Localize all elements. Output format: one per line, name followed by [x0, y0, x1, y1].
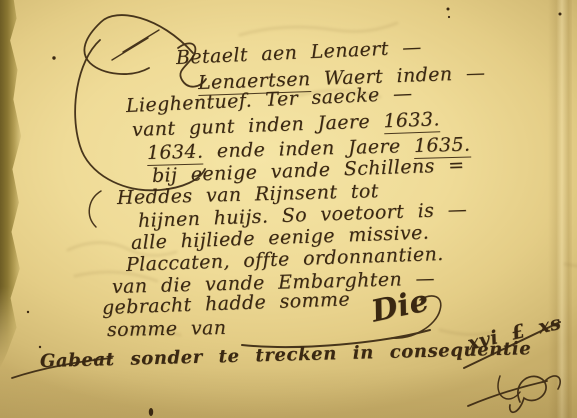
signature-paraph: [468, 381, 547, 406]
bracket-curl: [89, 191, 101, 227]
torn-paper-edge: [0, 0, 23, 368]
year-underlined: 1634.: [147, 141, 204, 166]
margin-note-text: Gabeat sonder te trecken in consequentie: [40, 338, 532, 372]
line-text: Betaelt aen Lenaert —: [176, 36, 423, 69]
margin-note: Gabeat sonder te trecken in consequentie: [40, 339, 532, 372]
manuscript-line: somme van: [107, 318, 227, 341]
line-text: somme van: [107, 317, 227, 341]
manuscript-page-photo: Betaelt aen Lenaert — Lenaertsen Waert i…: [0, 0, 577, 418]
year-underlined: 1633.: [383, 108, 440, 134]
signature-paraph-loop: [510, 376, 546, 412]
signature-paraph-tail: [544, 376, 560, 389]
paper-fold-crease: [548, 0, 572, 418]
manuscript-line: Betaelt aen Lenaert —: [176, 37, 423, 69]
amount-descender: [498, 376, 520, 399]
